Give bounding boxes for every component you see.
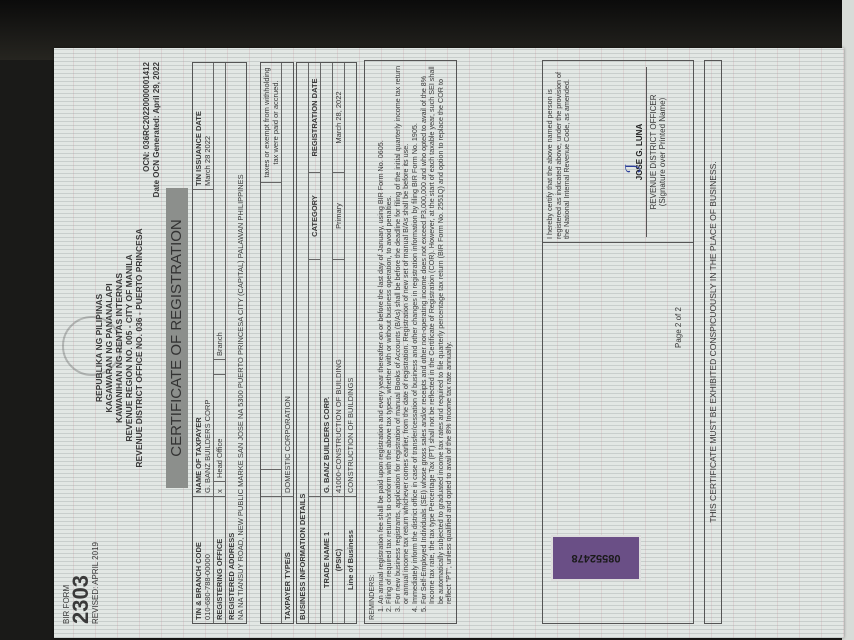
- page-number: Page 2 of 2: [674, 307, 683, 348]
- registration-date-label: REGISTRATION DATE: [309, 63, 320, 172]
- tin-cell: TIN & BRANCH CODE 010-680-788-00000: [193, 496, 213, 623]
- trade-name-value: G. BANZ BUILDERS CORP.: [321, 63, 332, 496]
- tin-issuance-cell: TIN ISSUANCE DATE March 28 2022: [193, 63, 213, 189]
- taxpayer-name-value: G. BANZ BUILDERS CORP: [203, 193, 212, 493]
- tin-issuance-value: March 28 2022: [203, 66, 212, 186]
- certification-text: I hereby certify that the above named pe…: [543, 61, 693, 243]
- psic-value: 41000-CONSTRUCTION OF BUILDING: [333, 259, 344, 496]
- ocn-block: OCN: 036RC20220000001412 Date OCN Genera…: [142, 62, 162, 197]
- line-of-business-value: CONSTRUCTION OF BUILDINGS: [345, 63, 356, 496]
- stamp-number: 08552478: [572, 552, 621, 564]
- ocn-date: Date OCN Generated: April 29, 2022: [152, 62, 162, 197]
- blank-cell: [309, 496, 320, 623]
- taxpayer-table: TIN & BRANCH CODE 010-680-788-00000 NAME…: [192, 62, 247, 624]
- form-header: BIR FORM 2303 REVISED: APRIL 2019: [62, 542, 100, 624]
- head-office-checkbox: x: [214, 481, 225, 496]
- category-value: Primary: [333, 172, 344, 259]
- business-info-table: BUSINESS INFORMATION DETAILS CATEGORY RE…: [296, 62, 357, 624]
- ocn-number: OCN: 036RC20220000001412: [142, 62, 152, 197]
- reminder-item: For Self-Employed Individuals (SEI) whos…: [420, 64, 454, 604]
- form-number: 2303: [71, 542, 91, 624]
- tin-label: TIN & BRANCH CODE: [194, 500, 203, 620]
- agency-line: KAGAWARAN NG PANANALAPI: [104, 208, 114, 488]
- blank-cell: [261, 496, 281, 623]
- taxpayer-name-cell: NAME OF TAXPAYER G. BANZ BUILDERS CORP: [193, 189, 213, 496]
- signatory-title: REVENUE DISTRICT OFFICER: [646, 67, 658, 237]
- agency-line: REVENUE REGION NO. 005 - CITY OF MANILA: [124, 208, 134, 488]
- taxpayer-type-table: taxes or exempt from withholding tax wer…: [260, 62, 294, 624]
- document-photo: BIR FORM 2303 REVISED: APRIL 2019 REPUBL…: [54, 40, 854, 640]
- signature-mark-icon: ℐ: [621, 164, 645, 173]
- signatory-name: JOSE G. LUNA: [635, 61, 644, 243]
- reminders-section: REMINDERS: An annual registration fee sh…: [364, 60, 457, 624]
- blank-cell: [261, 469, 281, 496]
- signature-block: ℐ JOSE G. LUNA REVENUE DISTRICT OFFICER …: [635, 61, 667, 243]
- registering-office-label: REGISTERING OFFICE: [214, 496, 225, 623]
- agency-line: REVENUE DISTRICT OFFICE NO. 036 - PUERTO…: [134, 208, 144, 488]
- agency-line: REPUBLIKA NG PILIPINAS: [94, 208, 104, 488]
- head-office-label: Head Office: [214, 374, 225, 481]
- reminder-item: For new business registrants, applicatio…: [394, 64, 411, 604]
- trade-name-label: TRADE NAME 1: [321, 496, 332, 623]
- address-label: REGISTERED ADDRESS: [227, 533, 236, 620]
- agency-line: KAWANIHAN NG RENTAS INTERNAS: [114, 208, 124, 488]
- branch-checkbox: [214, 359, 225, 374]
- taxpayer-name-label: NAME OF TAXPAYER: [194, 193, 203, 493]
- withholding-note: taxes or exempt from withholding tax wer…: [261, 63, 281, 182]
- footer-notice: THIS CERTIFICATE MUST BE EXHIBITED CONSP…: [704, 60, 722, 624]
- certificate-document: BIR FORM 2303 REVISED: APRIL 2019 REPUBL…: [54, 48, 844, 638]
- business-section-label: BUSINESS INFORMATION DETAILS: [297, 63, 308, 623]
- taxpayer-type-label: TAXPAYER TYPE/S: [282, 496, 293, 623]
- category-label: CATEGORY: [309, 172, 320, 259]
- line-of-business-label: Line of Business: [345, 496, 356, 623]
- certification-section: 08552478 I hereby certify that the above…: [542, 60, 694, 624]
- branch-label: Branch: [214, 63, 225, 359]
- taxpayer-type-value: DOMESTIC CORPORATION: [282, 63, 293, 496]
- psic-label: (PSIC): [333, 496, 344, 623]
- address-value: NA NA TIANSUY ROAD, NEW PUBLIC MARKE SAN…: [236, 174, 245, 620]
- blank-cell: [261, 182, 281, 469]
- tin-issuance-label: TIN ISSUANCE DATE: [194, 66, 203, 186]
- registration-date-value: March 28, 2022: [333, 63, 344, 172]
- documentary-stamp-icon: 08552478: [551, 535, 641, 581]
- document-title: CERTIFICATE OF REGISTRATION: [166, 188, 188, 488]
- tin-value: 010-680-788-00000: [203, 500, 212, 620]
- form-revised: REVISED: APRIL 2019: [91, 542, 100, 624]
- address-cell: REGISTERED ADDRESS NA NA TIANSUY ROAD, N…: [226, 63, 246, 623]
- signatory-note: (Signature over Printed Name): [658, 61, 667, 243]
- blank-cell: [309, 259, 320, 496]
- agency-header: REPUBLIKA NG PILIPINAS KAGAWARAN NG PANA…: [94, 208, 144, 488]
